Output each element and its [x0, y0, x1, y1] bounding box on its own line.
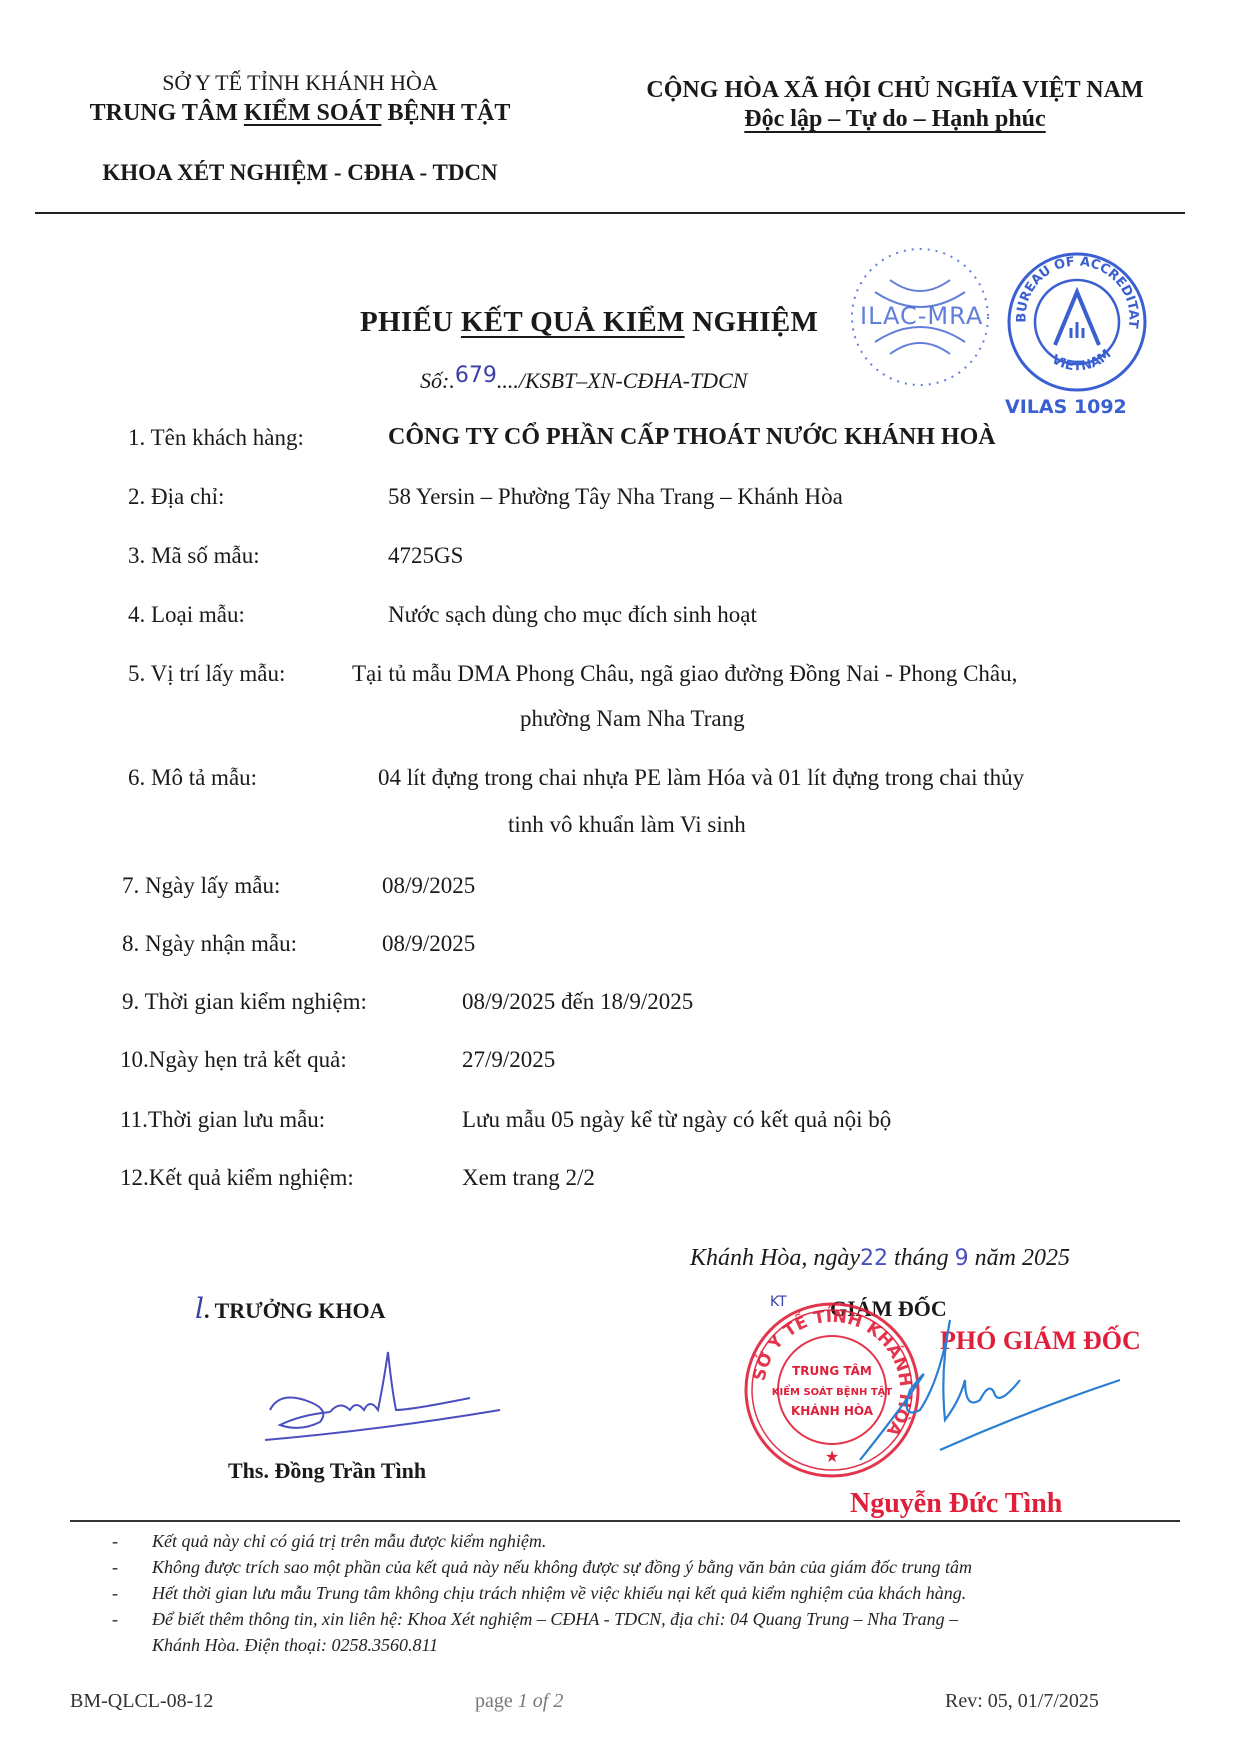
center-name-underlined: KIỂM SOÁT	[244, 100, 382, 126]
field-value: 4725GS	[388, 543, 463, 569]
place-date-prefix: Khánh Hòa, ngày	[690, 1245, 860, 1271]
year-label: năm 2025	[969, 1245, 1070, 1271]
field-label: 3. Mã số mẫu:	[128, 543, 260, 569]
national-motto-text: Độc lập – Tự do – Hạnh phúc	[744, 106, 1045, 132]
field-label: 7. Ngày lấy mẫu:	[122, 873, 280, 899]
page-label: page	[475, 1690, 518, 1712]
note-item: Không được trích sao một phần của kết qu…	[110, 1554, 1170, 1580]
note-item: Để biết thêm thông tin, xin liên hệ: Kho…	[110, 1606, 1170, 1632]
accreditation-stamp: BUREAU OF ACCREDITATION VIETNAM	[1005, 250, 1150, 395]
svg-text:VIETNAM: VIETNAM	[1049, 347, 1115, 374]
signature-director-icon	[850, 1310, 1130, 1470]
head-of-department-name: Ths. Đồng Trần Tình	[228, 1458, 426, 1484]
national-title: CỘNG HÒA XÃ HỘI CHỦ NGHĨA VIỆT NAM	[610, 77, 1180, 104]
note-continuation: Khánh Hòa. Điện thoại: 0258.3560.811	[110, 1632, 1170, 1658]
field-value: Nước sạch dùng cho mục đích sinh hoạt	[388, 602, 757, 628]
director-name: Nguyễn Đức Tình	[850, 1488, 1062, 1520]
notes-list: Kết quả này chỉ có giá trị trên mẫu được…	[110, 1528, 1170, 1658]
month-label: tháng	[888, 1245, 955, 1271]
page-of: of	[528, 1690, 554, 1712]
field-value: 04 lít đựng trong chai nhựa PE làm Hóa v…	[378, 765, 1024, 791]
field-value: 58 Yersin – Phường Tây Nha Trang – Khánh…	[388, 484, 843, 510]
page-total: 2	[553, 1690, 563, 1712]
department-name: KHOA XÉT NGHIỆM - CĐHA - TDCN	[40, 160, 560, 186]
field-value: 08/9/2025 đến 18/9/2025	[462, 989, 693, 1015]
national-motto: Độc lập – Tự do – Hạnh phúc	[610, 106, 1180, 133]
field-value: 08/9/2025	[382, 931, 475, 957]
page-indicator: page 1 of 2	[475, 1690, 563, 1713]
revision-info: Rev: 05, 01/7/2025	[945, 1690, 1099, 1713]
note-item: Hết thời gian lưu mẫu Trung tâm không ch…	[110, 1580, 1170, 1606]
handwritten-mark: l	[195, 1292, 204, 1325]
handwritten-day: 22	[860, 1246, 888, 1271]
place-date: Khánh Hòa, ngày22 tháng 9 năm 2025	[690, 1245, 1070, 1272]
document-title: PHIẾU KẾT QUẢ KIỂM NGHIỆM	[360, 306, 818, 339]
field-label: 10.Ngày hẹn trả kết quả:	[120, 1047, 347, 1073]
field-value-line2: phường Nam Nha Trang	[520, 706, 745, 732]
field-value: Tại tủ mẫu DMA Phong Châu, ngã giao đườn…	[352, 661, 1017, 687]
field-label: 9. Thời gian kiểm nghiệm:	[122, 989, 367, 1015]
field-label: 2. Địa chỉ:	[128, 484, 224, 510]
ilac-mra-text: ILAC-MRA	[860, 302, 983, 330]
field-label: 11.Thời gian lưu mẫu:	[120, 1107, 325, 1133]
doc-number-prefix: Số:.	[420, 368, 455, 393]
svg-text:★: ★	[825, 1449, 839, 1466]
head-of-department-title: . TRƯỞNG KHOA	[204, 1298, 386, 1323]
title-pre: PHIẾU	[360, 306, 461, 338]
field-value-line2: tinh vô khuẩn làm Vi sinh	[508, 812, 746, 838]
head-of-department-block: l. TRƯỞNG KHOA	[195, 1292, 385, 1325]
doc-number-handwritten: 679	[455, 363, 497, 388]
field-label: 12.Kết quả kiểm nghiệm:	[120, 1165, 354, 1191]
center-name-pre: TRUNG TÂM	[90, 100, 244, 126]
field-value: Xem trang 2/2	[462, 1165, 595, 1191]
doc-number-suffix: ..../KSBT–XN-CĐHA-TDCN	[497, 368, 748, 393]
field-label: 4. Loại mẫu:	[128, 602, 245, 628]
field-label: 1. Tên khách hàng:	[128, 425, 304, 451]
field-label: 8. Ngày nhận mẫu:	[122, 931, 297, 957]
document-number: Số:.679..../KSBT–XN-CĐHA-TDCN	[420, 368, 747, 394]
notes-divider	[70, 1520, 1180, 1522]
field-value: CÔNG TY CỔ PHẦN CẤP THOÁT NƯỚC KHÁNH HOÀ	[388, 424, 996, 451]
center-name-post: BỆNH TẬT	[381, 100, 510, 126]
form-code: BM-QLCL-08-12	[70, 1690, 213, 1713]
field-label: 5. Vị trí lấy mẫu:	[128, 661, 285, 687]
agency-name: SỞ Y TẾ TỈNH KHÁNH HÒA	[40, 70, 560, 96]
header-divider	[35, 212, 1185, 214]
title-underlined: KẾT QUẢ KIỂM	[461, 306, 685, 338]
accreditation-seal-icon: BUREAU OF ACCREDITATION VIETNAM	[1005, 250, 1150, 395]
note-item: Kết quả này chỉ có giá trị trên mẫu được…	[110, 1528, 1170, 1554]
field-value: Lưu mẫu 05 ngày kể từ ngày có kết quả nộ…	[462, 1107, 891, 1133]
vilas-code: VILAS 1092	[1005, 396, 1127, 418]
field-label: 6. Mô tả mẫu:	[128, 765, 257, 791]
field-value: 27/9/2025	[462, 1047, 555, 1073]
ilac-mra-stamp: ILAC-MRA	[845, 242, 995, 392]
page-number: 1	[518, 1690, 528, 1712]
signature-head-of-department-icon	[260, 1340, 510, 1460]
title-post: NGHIỆM	[685, 306, 818, 338]
center-name: TRUNG TÂM KIỂM SOÁT BỆNH TẬT	[40, 100, 560, 127]
svg-text:BUREAU OF ACCREDITATION: BUREAU OF ACCREDITATION	[1005, 250, 1141, 329]
handwritten-month: 9	[955, 1246, 969, 1271]
field-value: 08/9/2025	[382, 873, 475, 899]
